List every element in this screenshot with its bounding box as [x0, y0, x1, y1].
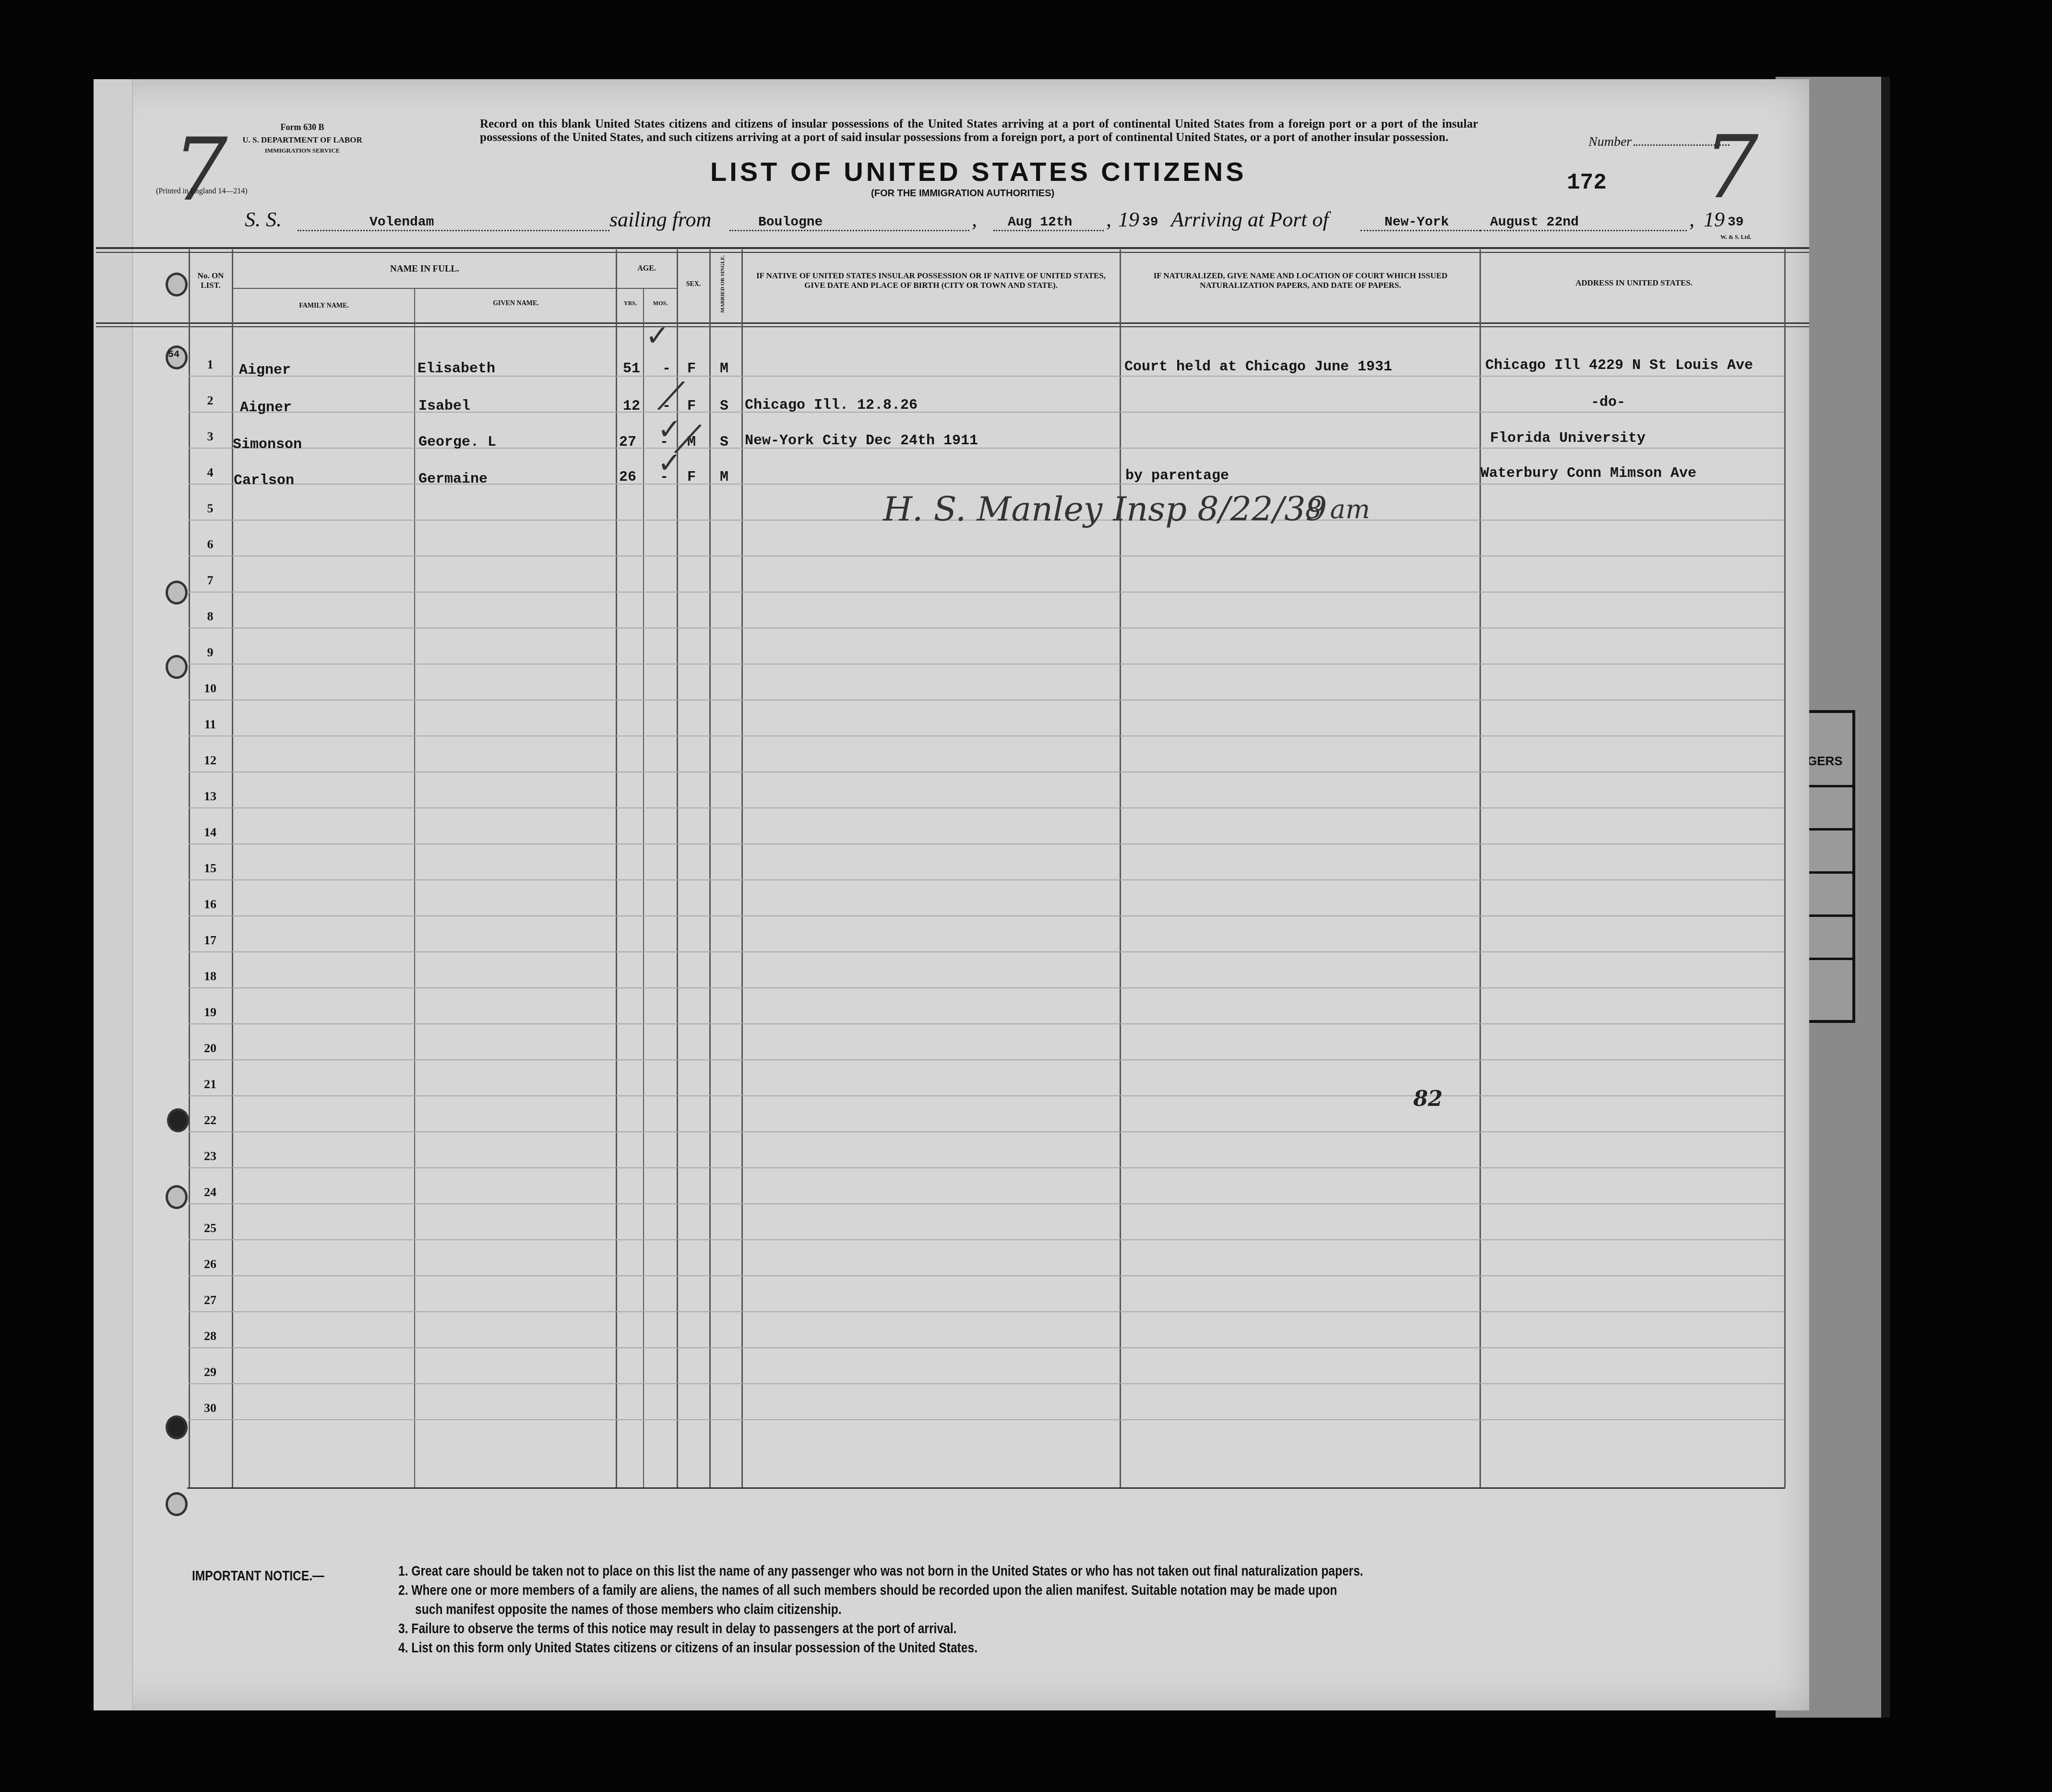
row-rule [189, 843, 1784, 844]
stamp-number: 172 [1567, 170, 1607, 195]
row-number: 20 [189, 1041, 232, 1056]
departure-year: 39 [1142, 215, 1158, 230]
family-name: Aigner [240, 400, 292, 416]
page-tally: 82 [1413, 1087, 1443, 1111]
age-years: 27 [619, 434, 636, 451]
sailing-from-label: sailing from [609, 207, 711, 232]
birth-place-date: Chicago Ill. 12.8.26 [745, 397, 918, 414]
page-title: LIST OF UNITED STATES CITIZENS [710, 156, 1246, 187]
col-birth: IF NATIVE OF UNITED STATES INSULAR POSSE… [753, 271, 1109, 291]
ship-name: Volendam [298, 215, 609, 231]
us-address: Chicago Ill 4229 N St Louis Ave [1485, 357, 1753, 374]
row-number: 6 [189, 537, 232, 552]
row-rule [189, 879, 1784, 880]
name-age-subrule [232, 288, 677, 289]
sex: F [687, 469, 696, 486]
naturalization: Court held at Chicago June 1931 [1124, 359, 1392, 375]
given-name: Elisabeth [418, 361, 495, 377]
row-rule [189, 1275, 1784, 1276]
col-divider [1120, 249, 1121, 1487]
given-name: Germaine [418, 471, 488, 487]
naturalization: by parentage [1125, 468, 1229, 484]
handwritten-number: 7 [1704, 118, 1759, 218]
row-number: 19 [189, 1005, 232, 1020]
row-rule [189, 700, 1784, 700]
row-rule [189, 1311, 1784, 1312]
marital-status: S [720, 434, 728, 451]
col-naturalized: IF NATURALIZED, GIVE NAME AND LOCATION O… [1128, 271, 1473, 291]
row-rule [189, 1059, 1784, 1060]
manifest-page [96, 79, 1809, 1710]
row-rule [189, 915, 1784, 916]
printed-note: (Printed in England 14—214) [156, 187, 248, 196]
voyage-line: S. S. Volendam sailing from Boulogne , A… [245, 207, 1756, 241]
handwritten-left-mark: 7 [173, 120, 228, 220]
col-address: ADDRESS IN UNITED STATES. [1488, 278, 1780, 288]
family-name: Carlson [234, 473, 294, 489]
number-label: Number [1588, 134, 1632, 149]
binder-hole [166, 581, 188, 605]
departure-port: Boulogne [729, 215, 969, 231]
age-months: - [662, 361, 671, 377]
row-number: 30 [189, 1401, 232, 1415]
col-mos: MOS. [644, 300, 677, 307]
notice-item-2-cont: such manifest opposite the names of thos… [415, 1600, 842, 1620]
row-number: 11 [189, 717, 232, 732]
row-rule [189, 1239, 1784, 1240]
important-notice-label: IMPORTANT NOTICE.— [192, 1567, 324, 1586]
row-number: 13 [189, 789, 232, 804]
service: IMMIGRATION SERVICE [230, 147, 374, 154]
col-divider [1479, 249, 1481, 1487]
row-number: 23 [189, 1149, 232, 1163]
row-number: 28 [189, 1329, 232, 1343]
row-number: 25 [189, 1221, 232, 1235]
row-rule [189, 987, 1784, 988]
row-rule [189, 736, 1784, 736]
header-bottom-rule-2 [96, 326, 1809, 327]
sex: F [687, 361, 696, 377]
row-number: 3 [189, 429, 232, 444]
header-bottom-rule [96, 322, 1809, 324]
col-given-name: GIVEN NAME. [418, 300, 614, 308]
col-yrs: YRS. [617, 300, 644, 307]
row-rule [189, 1131, 1784, 1132]
notice-item-1: 1. Great care should be taken not to pla… [398, 1562, 1363, 1581]
binder-hole [167, 1108, 189, 1132]
row-number: 27 [189, 1293, 232, 1307]
inspector-signature: H. S. Manley Insp 8/22/39 [883, 489, 1327, 529]
row-number: 2 [189, 393, 232, 408]
age-years: 12 [623, 398, 640, 415]
us-address: -do- [1591, 394, 1625, 411]
folder-edge [1881, 77, 1890, 1718]
row-number: 8 [189, 609, 232, 624]
row-number: 24 [189, 1185, 232, 1199]
folder-tab: GERS [1804, 710, 1855, 1023]
sex: F [687, 398, 696, 415]
row-number: 16 [189, 897, 232, 912]
row-number: 29 [189, 1365, 232, 1379]
row-number: 18 [189, 969, 232, 984]
col-divider [616, 249, 617, 1487]
row-rule [189, 1167, 1784, 1168]
row-rule [189, 592, 1784, 593]
arriving-label: Arriving at Port of [1171, 207, 1329, 232]
row-number: 9 [189, 645, 232, 660]
binder-hole [166, 1415, 188, 1439]
col-divider [414, 288, 415, 1487]
year-prefix: 19 [1118, 207, 1139, 232]
row-rule [189, 1095, 1784, 1096]
form-id-block: Form 630 B U. S. DEPARTMENT OF LABOR IMM… [230, 122, 374, 154]
table-bottom-rule [187, 1487, 1785, 1489]
arrival-date: August 22nd [1480, 215, 1687, 231]
birth-place-date: New-York City Dec 24th 1911 [745, 433, 978, 449]
col-divider [1784, 249, 1786, 1487]
row-number: 21 [189, 1077, 232, 1092]
record-instructions: Record on this blank United States citiz… [480, 118, 1478, 144]
us-address: Florida University [1490, 430, 1646, 447]
col-divider [741, 249, 743, 1487]
col-divider [643, 288, 644, 1487]
col-sex: SEX. [678, 281, 709, 289]
row-number: 5 [189, 501, 232, 516]
row-number: 15 [189, 861, 232, 876]
marital-status: M [720, 361, 728, 377]
marital-status: M [720, 469, 728, 486]
col-family-name: FAMILY NAME. [235, 302, 413, 310]
department: U. S. DEPARTMENT OF LABOR [230, 135, 374, 145]
page-subtitle: (FOR THE IMMIGRATION AUTHORITIES) [871, 188, 1054, 199]
row-number: 14 [189, 825, 232, 840]
row-rule [189, 1023, 1784, 1024]
row-rule [189, 1203, 1784, 1204]
row-rule [189, 1383, 1784, 1384]
row-rule [189, 1347, 1784, 1348]
row-rule [189, 664, 1784, 665]
form-number: Form 630 B [230, 122, 374, 132]
row-number: 17 [189, 933, 232, 948]
header-top-rule [96, 247, 1809, 249]
printer-mark: W. & S. Ltd. [1720, 234, 1751, 241]
row-rule [189, 628, 1784, 629]
us-address: Waterbury Conn Mimson Ave [1480, 465, 1696, 482]
marital-status: S [720, 398, 728, 415]
binder-hole [166, 655, 188, 679]
col-divider [709, 249, 711, 1487]
family-name: Aigner [239, 362, 291, 379]
folder-tab-text: GERS [1807, 754, 1843, 769]
time-note: 8 am [1305, 494, 1370, 524]
row-rule [189, 771, 1784, 772]
departure-date: Aug 12th [993, 215, 1104, 231]
binder-hole [166, 273, 188, 297]
row-rule [189, 1419, 1784, 1420]
row-number: 10 [189, 681, 232, 696]
notice-item-2: 2. Where one or more members of a family… [398, 1581, 1337, 1601]
col-married-single: MARRIED OR SINGLE. [720, 248, 726, 320]
row-number: 4 [189, 465, 232, 480]
given-name: George. L [418, 434, 496, 451]
binder-hole [166, 1492, 188, 1516]
col-divider [232, 249, 233, 1487]
row-number: 7 [189, 573, 232, 588]
row-rule [189, 556, 1784, 557]
ss-label: S. S. [245, 207, 282, 232]
row-rule [189, 807, 1784, 808]
col-no-on-list: No. ON LIST. [192, 271, 229, 291]
arrival-year-prefix: 19 [1704, 207, 1725, 232]
row-number: 1 [189, 357, 232, 372]
binder-hole [166, 1185, 188, 1209]
age-years: 26 [619, 469, 636, 486]
col-name-in-full: NAME IN FULL. [235, 264, 614, 275]
given-name: Isabel [418, 398, 470, 415]
row-number: 26 [189, 1257, 232, 1271]
check-mark: ✓ [645, 319, 669, 353]
margin-mark: 54 [168, 349, 179, 360]
check-mark: ✓ [657, 446, 681, 480]
col-age: AGE. [617, 264, 677, 273]
arrival-port: New-York [1360, 215, 1480, 231]
header-top-rule-2 [96, 252, 1809, 253]
binding-strip [94, 79, 133, 1710]
row-number: 22 [189, 1113, 232, 1127]
notice-item-3: 3. Failure to observe the terms of this … [398, 1619, 956, 1639]
notice-item-4: 4. List on this form only United States … [398, 1638, 978, 1658]
row-number: 12 [189, 753, 232, 768]
family-name: Simonson [233, 437, 302, 453]
row-rule [189, 951, 1784, 952]
arrival-year: 39 [1728, 215, 1744, 230]
age-years: 51 [623, 361, 640, 377]
